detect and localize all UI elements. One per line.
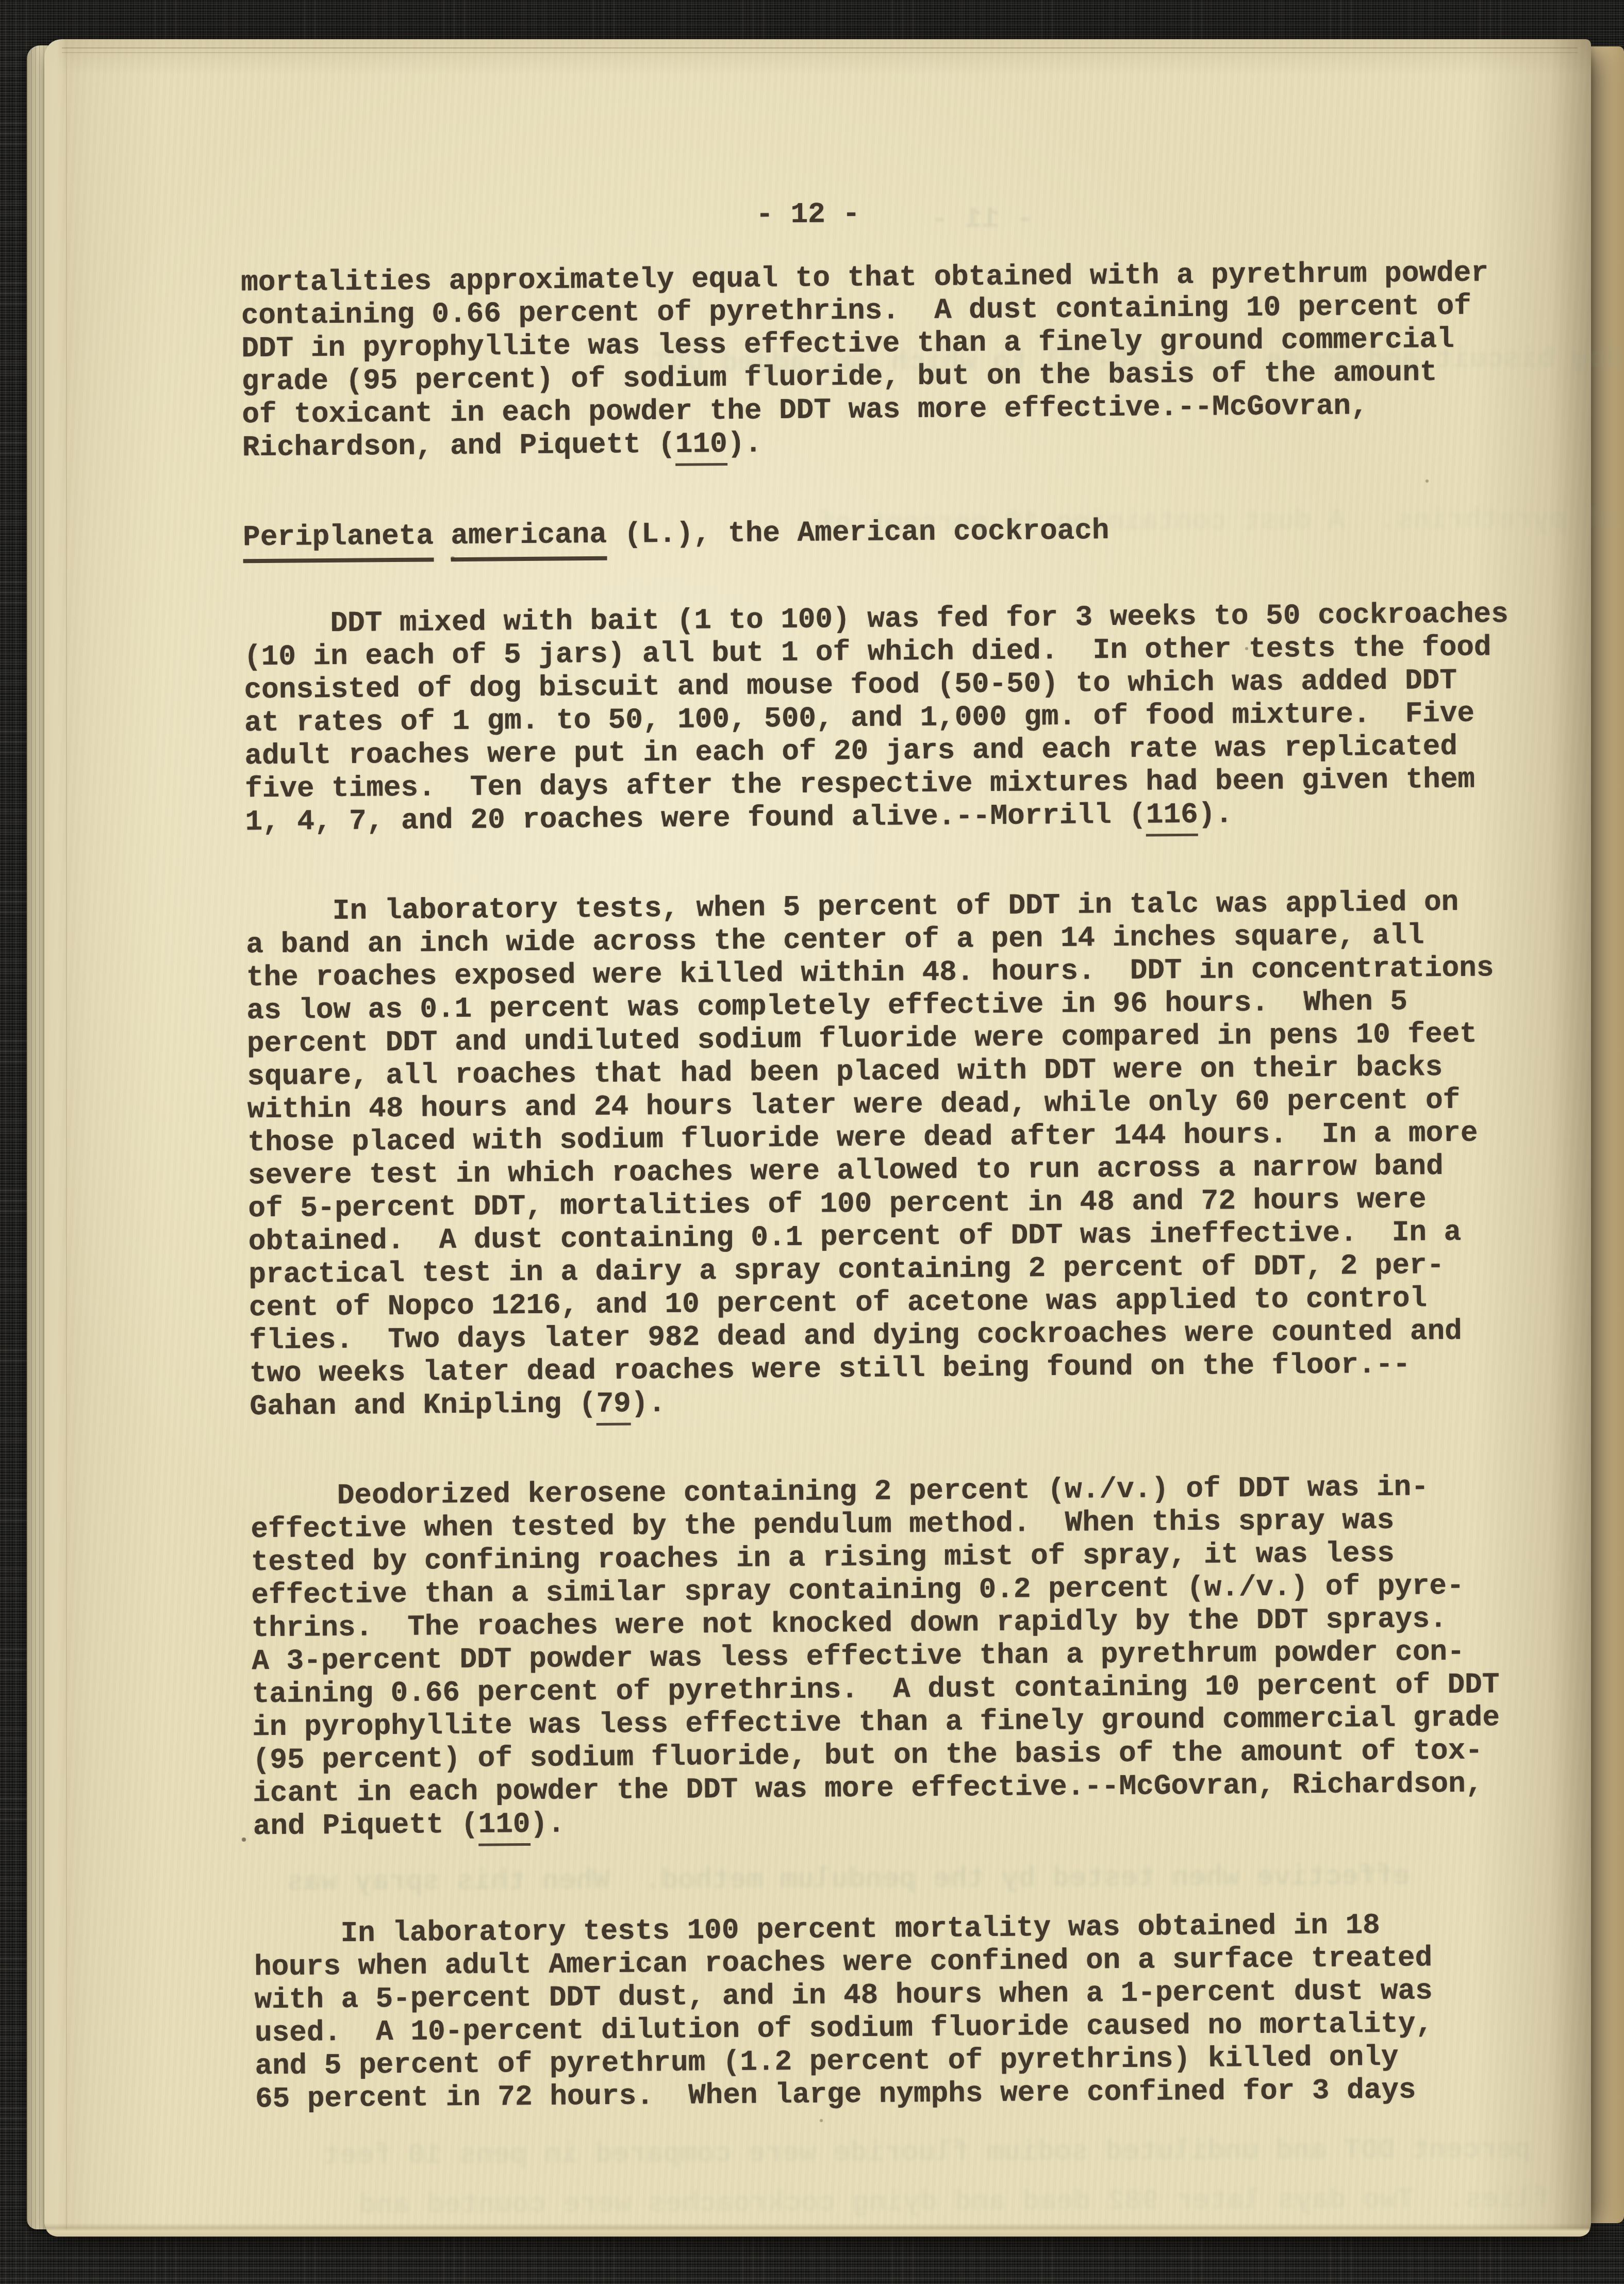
reference-number: 110 <box>478 1808 530 1846</box>
reference-number: 110 <box>675 427 727 466</box>
bleedthrough-text: flies. Two days later 982 dead and dying… <box>359 2183 1550 2222</box>
scan-background: { "colors":{ "paper":"#e8deba", "ink":"#… <box>0 0 1624 2284</box>
paragraph-4: Deodorized kerosene containing 2 percent… <box>251 1469 1604 1843</box>
scanned-page: - 11 - consisted of dog biscuit and mous… <box>44 39 1591 2237</box>
heading-text: (L.), the American cockroach <box>607 514 1109 551</box>
heading-underlined-word: americana <box>451 518 607 561</box>
heading-underlined-word: Periplaneta <box>243 519 434 563</box>
reference-number: 79 <box>596 1387 631 1426</box>
section-heading: Periplaneta americana (L.), the American… <box>243 510 1594 554</box>
heading-text <box>434 519 451 552</box>
reference-number: 116 <box>1146 798 1198 837</box>
paragraph-1: mortalities approximately equal to that … <box>241 256 1593 465</box>
page-number: - 12 - <box>756 192 1591 231</box>
page-edge-bottom <box>44 2223 1591 2237</box>
paragraph-3: In laboratory tests, when 5 percent of D… <box>246 885 1601 1424</box>
paragraph-2: DDT mixed with bait (1 to 100) was fed f… <box>243 597 1596 839</box>
typewritten-text: - 12 - mortalities approximately equal t… <box>43 29 1606 2174</box>
paragraph-5: In laboratory tests 100 percent mortalit… <box>254 1907 1606 2116</box>
